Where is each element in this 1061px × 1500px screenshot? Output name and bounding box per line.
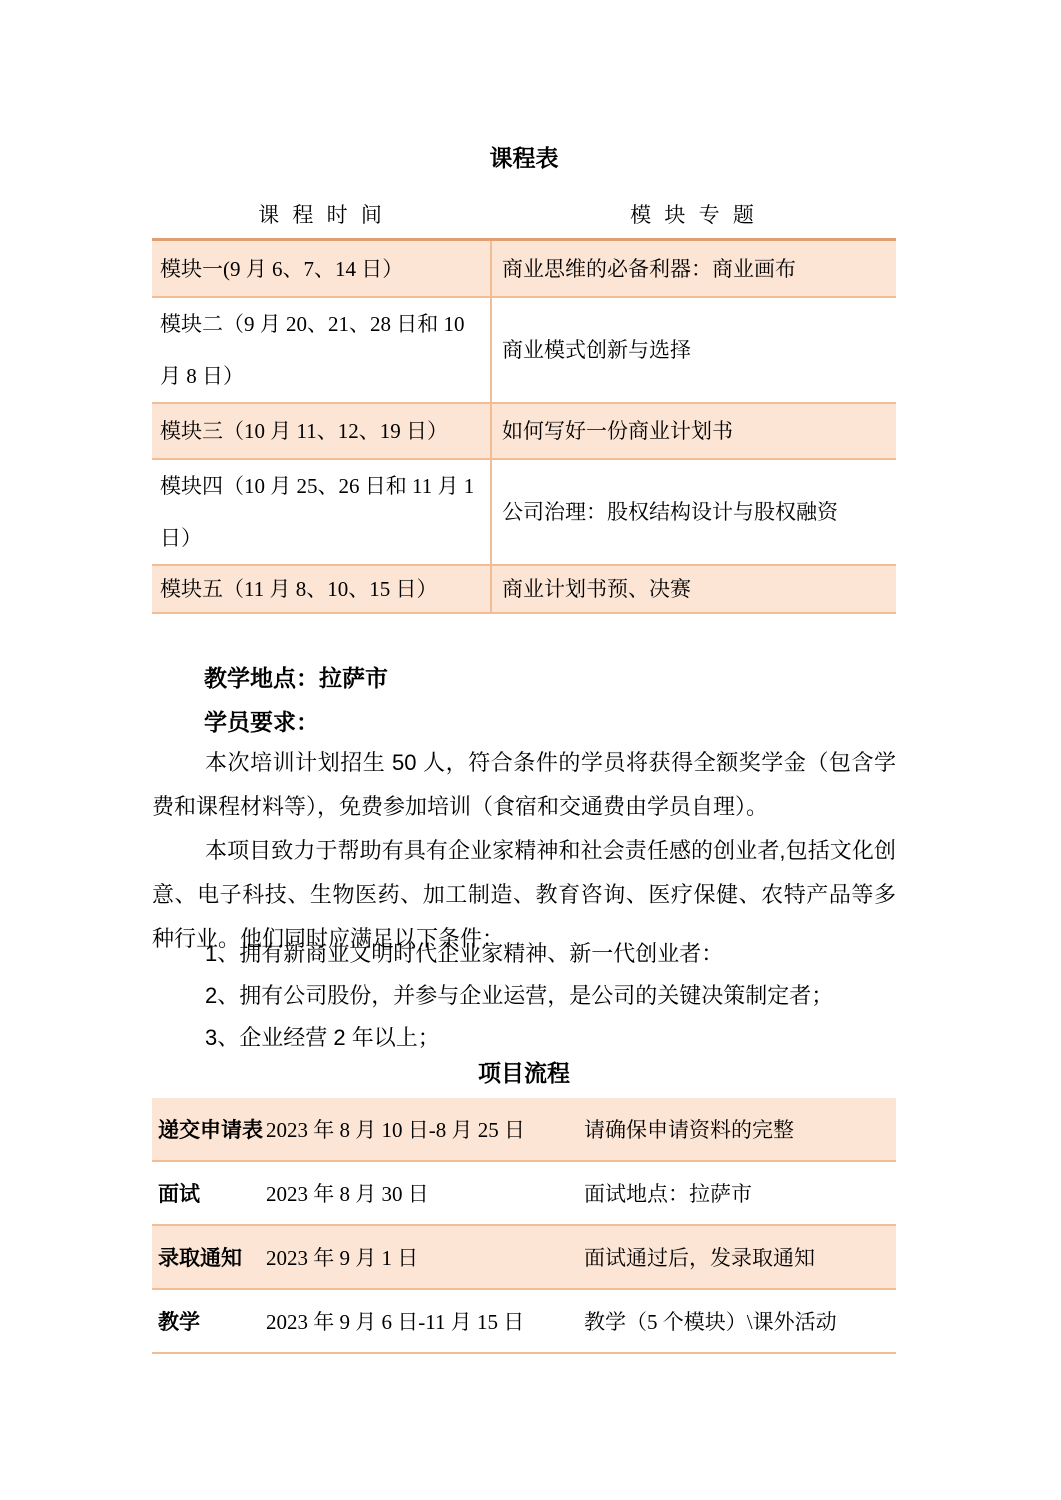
process-stage-cell: 面试 (152, 1178, 266, 1208)
document-title: 课程表 (152, 140, 896, 173)
condition-item: 1、拥有新商业文明时代企业家精神、新一代创业者： (152, 937, 896, 968)
table-row: 面试 2023 年 8 月 30 日 面试地点：拉萨市 (152, 1162, 896, 1226)
process-stage-cell: 递交申请表 (152, 1114, 266, 1144)
schedule-time-cell: 模块四（10 月 25、26 日和 11 月 1 日） (152, 460, 492, 564)
schedule-time-cell: 模块五（11 月 8、10、15 日） (152, 566, 492, 612)
process-date-cell: 2023 年 8 月 10 日-8 月 25 日 (266, 1114, 584, 1144)
table-row: 模块四（10 月 25、26 日和 11 月 1 日） 公司治理：股权结构设计与… (152, 460, 896, 566)
process-date-cell: 2023 年 9 月 1 日 (266, 1242, 584, 1272)
schedule-time-cell: 模块三（10 月 11、12、19 日） (152, 404, 492, 458)
table-row: 递交申请表 2023 年 8 月 10 日-8 月 25 日 请确保申请资料的完… (152, 1098, 896, 1162)
schedule-table-header: 课 程 时 间 模 块 专 题 (152, 199, 896, 229)
process-date-cell: 2023 年 8 月 30 日 (266, 1178, 584, 1208)
schedule-topic-cell: 公司治理：股权结构设计与股权融资 (492, 460, 896, 564)
teaching-location-heading: 教学地点：拉萨市 (152, 660, 896, 693)
trainee-requirements-heading: 学员要求： (152, 704, 896, 737)
process-stage-cell: 录取通知 (152, 1242, 266, 1272)
process-note-cell: 教学（5 个模块）\课外活动 (584, 1306, 896, 1336)
process-date-cell: 2023 年 9 月 6 日-11 月 15 日 (266, 1306, 584, 1336)
table-row: 模块一(9 月 6、7、14 日） 商业思维的必备利器：商业画布 (152, 241, 896, 298)
table-row: 教学 2023 年 9 月 6 日-11 月 15 日 教学（5 个模块）\课外… (152, 1290, 896, 1354)
table-row: 录取通知 2023 年 9 月 1 日 面试通过后，发录取通知 (152, 1226, 896, 1290)
enrollment-paragraph: 本次培训计划招生 50 人，符合条件的学员将获得全额奖学金（包含学费和课程材料等… (152, 741, 896, 829)
table-row: 模块五（11 月 8、10、15 日） 商业计划书预、决赛 (152, 566, 896, 614)
table-row: 模块三（10 月 11、12、19 日） 如何写好一份商业计划书 (152, 404, 896, 460)
table-row: 模块二（9 月 20、21、28 日和 10 月 8 日） 商业模式创新与选择 (152, 298, 896, 404)
schedule-topic-cell: 商业思维的必备利器：商业画布 (492, 241, 896, 296)
page-content: 课程表 课 程 时 间 模 块 专 题 模块一(9 月 6、7、14 日） 商业… (152, 0, 896, 1500)
process-note-cell: 面试通过后，发录取通知 (584, 1242, 896, 1272)
schedule-topic-cell: 如何写好一份商业计划书 (492, 404, 896, 458)
schedule-header-topic: 模 块 专 题 (492, 199, 896, 229)
schedule-topic-cell: 商业模式创新与选择 (492, 298, 896, 402)
process-title: 项目流程 (152, 1055, 896, 1088)
condition-item: 3、企业经营 2 年以上； (152, 1021, 896, 1052)
process-stage-cell: 教学 (152, 1306, 266, 1336)
process-note-cell: 面试地点：拉萨市 (584, 1178, 896, 1208)
schedule-topic-cell: 商业计划书预、决赛 (492, 566, 896, 612)
schedule-time-cell: 模块一(9 月 6、7、14 日） (152, 241, 492, 296)
schedule-time-cell: 模块二（9 月 20、21、28 日和 10 月 8 日） (152, 298, 492, 402)
schedule-table: 模块一(9 月 6、7、14 日） 商业思维的必备利器：商业画布 模块二（9 月… (152, 238, 896, 614)
schedule-header-time: 课 程 时 间 (152, 199, 492, 229)
process-note-cell: 请确保申请资料的完整 (584, 1114, 896, 1144)
process-table: 递交申请表 2023 年 8 月 10 日-8 月 25 日 请确保申请资料的完… (152, 1098, 896, 1354)
condition-item: 2、拥有公司股份，并参与企业运营，是公司的关键决策制定者； (152, 979, 896, 1010)
